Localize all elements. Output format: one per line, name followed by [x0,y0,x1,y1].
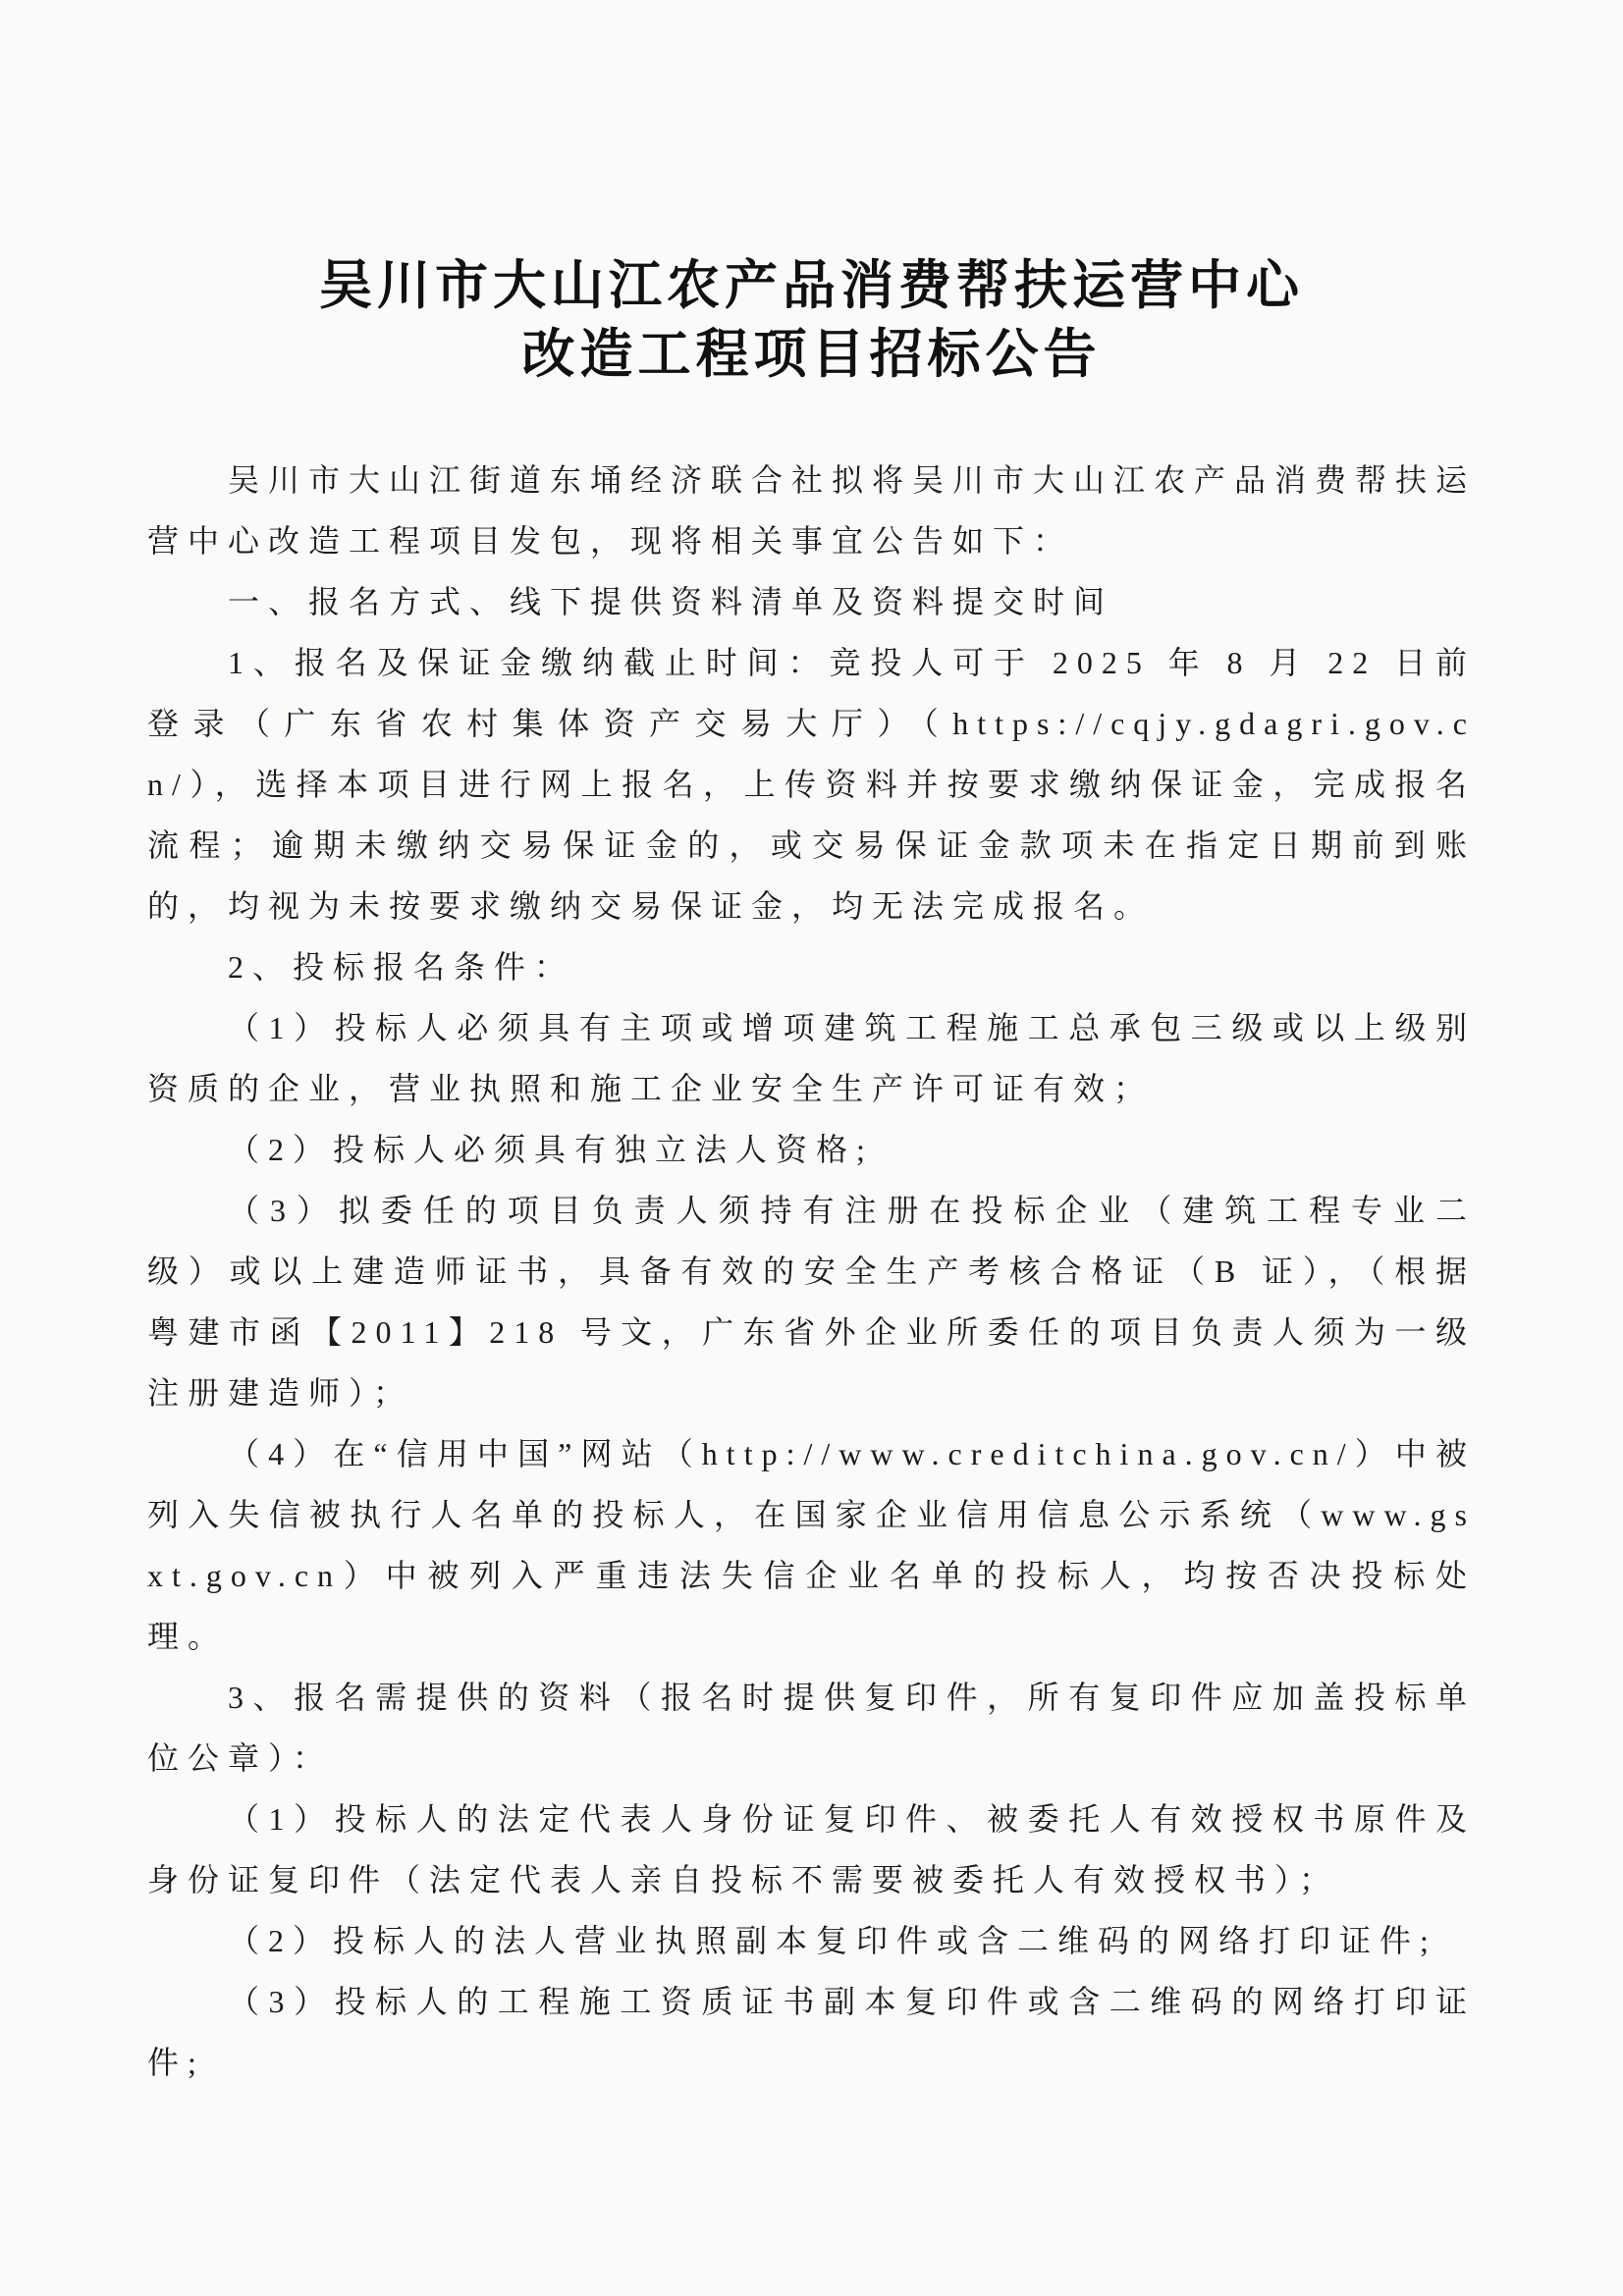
para-condition-4: （4）在“信用中国”网站（http://www.creditchina.gov.… [147,1423,1476,1667]
para-condition-3: （3）拟委任的项目负责人须持有注册在投标企业（建筑工程专业二级）或以上建造师证书… [147,1180,1476,1423]
document-body: 吴川市大山江街道东埇经济联合社拟将吴川市大山江农产品消费帮扶运营中心改造工程项目… [0,450,1623,2093]
title-line-1: 吴川市大山江农产品消费帮扶运营中心 [0,251,1623,320]
para-section-1-heading: 一、报名方式、线下提供资料清单及资料提交时间 [147,571,1476,632]
para-condition-1: （1）投标人必须具有主项或增项建筑工程施工总承包三级或以上级别资质的企业，营业执… [147,997,1476,1119]
document-page: 吴川市大山江农产品消费帮扶运营中心 改造工程项目招标公告 吴川市大山江街道东埇经… [0,0,1623,2296]
document-title: 吴川市大山江农产品消费帮扶运营中心 改造工程项目招标公告 [0,0,1623,389]
title-line-2: 改造工程项目招标公告 [0,320,1623,389]
para-material-2: （2）投标人的法人营业执照副本复印件或含二维码的网络打印证件; [147,1910,1476,1971]
para-item-3-materials: 3、报名需提供的资料（报名时提供复印件，所有复印件应加盖投标单位公章）： [147,1667,1476,1789]
para-material-1: （1）投标人的法定代表人身份证复印件、被委托人有效授权书原件及身份证复印件（法定… [147,1789,1476,1910]
para-item-1-deadline: 1、报名及保证金缴纳截止时间：竞投人可于 2025 年 8 月 22 日前登录（… [147,632,1476,936]
para-item-2-conditions: 2、投标报名条件： [147,936,1476,997]
para-condition-2: （2）投标人必须具有独立法人资格; [147,1119,1476,1180]
para-material-3: （3）投标人的工程施工资质证书副本复印件或含二维码的网络打印证件; [147,1971,1476,2093]
para-intro: 吴川市大山江街道东埇经济联合社拟将吴川市大山江农产品消费帮扶运营中心改造工程项目… [147,450,1476,571]
